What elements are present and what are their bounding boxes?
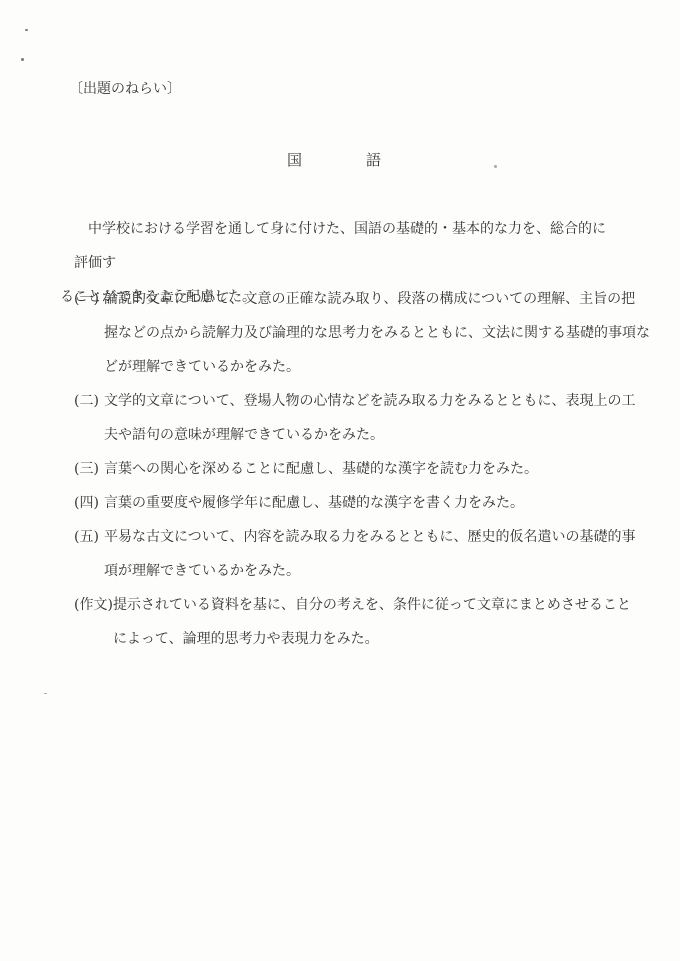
item-text: 言葉の重要度や履修学年に配慮し、基礎的な漢字を書く力をみた。 — [104, 486, 619, 520]
item-line: 論説的文章について、文意の正確な読み取り、段落の構成についての理解、主旨の把 — [104, 282, 650, 316]
scanned-page: 〔出題のねらい〕 国 語 中学校における学習を通して身に付けた、国語の基礎的・基… — [0, 0, 680, 961]
scan-speck — [44, 693, 47, 694]
item-text: 論説的文章について、文意の正確な読み取り、段落の構成についての理解、主旨の把 握… — [104, 282, 650, 384]
scan-speck — [494, 165, 497, 168]
item-line: 平易な古文について、内容を読み取る力をみるとともに、歴史的仮名遣いの基礎的事 — [104, 520, 635, 554]
subject-title: 国 語 — [287, 149, 381, 170]
item-number: (一) — [74, 282, 104, 384]
list-item: (二) 文学的文章について、登場人物の心情などを読み取る力をみるとともに、表現上… — [74, 384, 619, 452]
item-line: 夫や語句の意味が理解できているかをみた。 — [104, 418, 635, 452]
item-line: 言葉の重要度や履修学年に配慮し、基礎的な漢字を書く力をみた。 — [104, 486, 619, 520]
list-item: (作文) 提示されている資料を基に、自分の考えを、条件に従って文章にまとめさせる… — [74, 588, 619, 656]
section-label: 〔出題のねらい〕 — [69, 78, 181, 98]
item-line: 言葉への関心を深めることに配慮し、基礎的な漢字を読む力をみた。 — [104, 452, 619, 486]
item-number: (二) — [74, 384, 104, 452]
item-text: 平易な古文について、内容を読み取る力をみるとともに、歴史的仮名遣いの基礎的事 項… — [104, 520, 635, 588]
item-number: (三) — [74, 452, 104, 486]
objectives-list: (一) 論説的文章について、文意の正確な読み取り、段落の構成についての理解、主旨… — [74, 282, 619, 656]
item-text: 提示されている資料を基に、自分の考えを、条件に従って文章にまとめさせること によ… — [113, 588, 631, 656]
item-number: (作文) — [74, 588, 113, 656]
subject-char-1: 国 — [287, 149, 302, 170]
item-line: 項が理解できているかをみた。 — [104, 554, 635, 588]
item-line: 提示されている資料を基に、自分の考えを、条件に従って文章にまとめさせること — [113, 588, 631, 622]
item-number: (四) — [74, 486, 104, 520]
item-line: 文学的文章について、登場人物の心情などを読み取る力をみるとともに、表現上の工 — [104, 384, 635, 418]
list-item: (四) 言葉の重要度や履修学年に配慮し、基礎的な漢字を書く力をみた。 — [74, 486, 619, 520]
item-text: 文学的文章について、登場人物の心情などを読み取る力をみるとともに、表現上の工 夫… — [104, 384, 635, 452]
subject-char-2: 語 — [366, 149, 381, 170]
intro-line-1: 中学校における学習を通して身に付けた、国語の基礎的・基本的な力を、総合的に評価す — [74, 221, 606, 271]
item-line: 握などの点から読解力及び論理的な思考力をみるとともに、文法に関する基礎的事項な — [104, 316, 650, 350]
list-item: (一) 論説的文章について、文意の正確な読み取り、段落の構成についての理解、主旨… — [74, 282, 619, 384]
list-item: (五) 平易な古文について、内容を読み取る力をみるとともに、歴史的仮名遣いの基礎… — [74, 520, 619, 588]
list-item: (三) 言葉への関心を深めることに配慮し、基礎的な漢字を読む力をみた。 — [74, 452, 619, 486]
item-line: どが理解できているかをみた。 — [104, 350, 650, 384]
scan-speck — [21, 58, 24, 61]
item-line: によって、論理的思考力や表現力をみた。 — [113, 622, 631, 656]
item-text: 言葉への関心を深めることに配慮し、基礎的な漢字を読む力をみた。 — [104, 452, 619, 486]
item-number: (五) — [74, 520, 104, 588]
scan-speck — [25, 29, 28, 31]
